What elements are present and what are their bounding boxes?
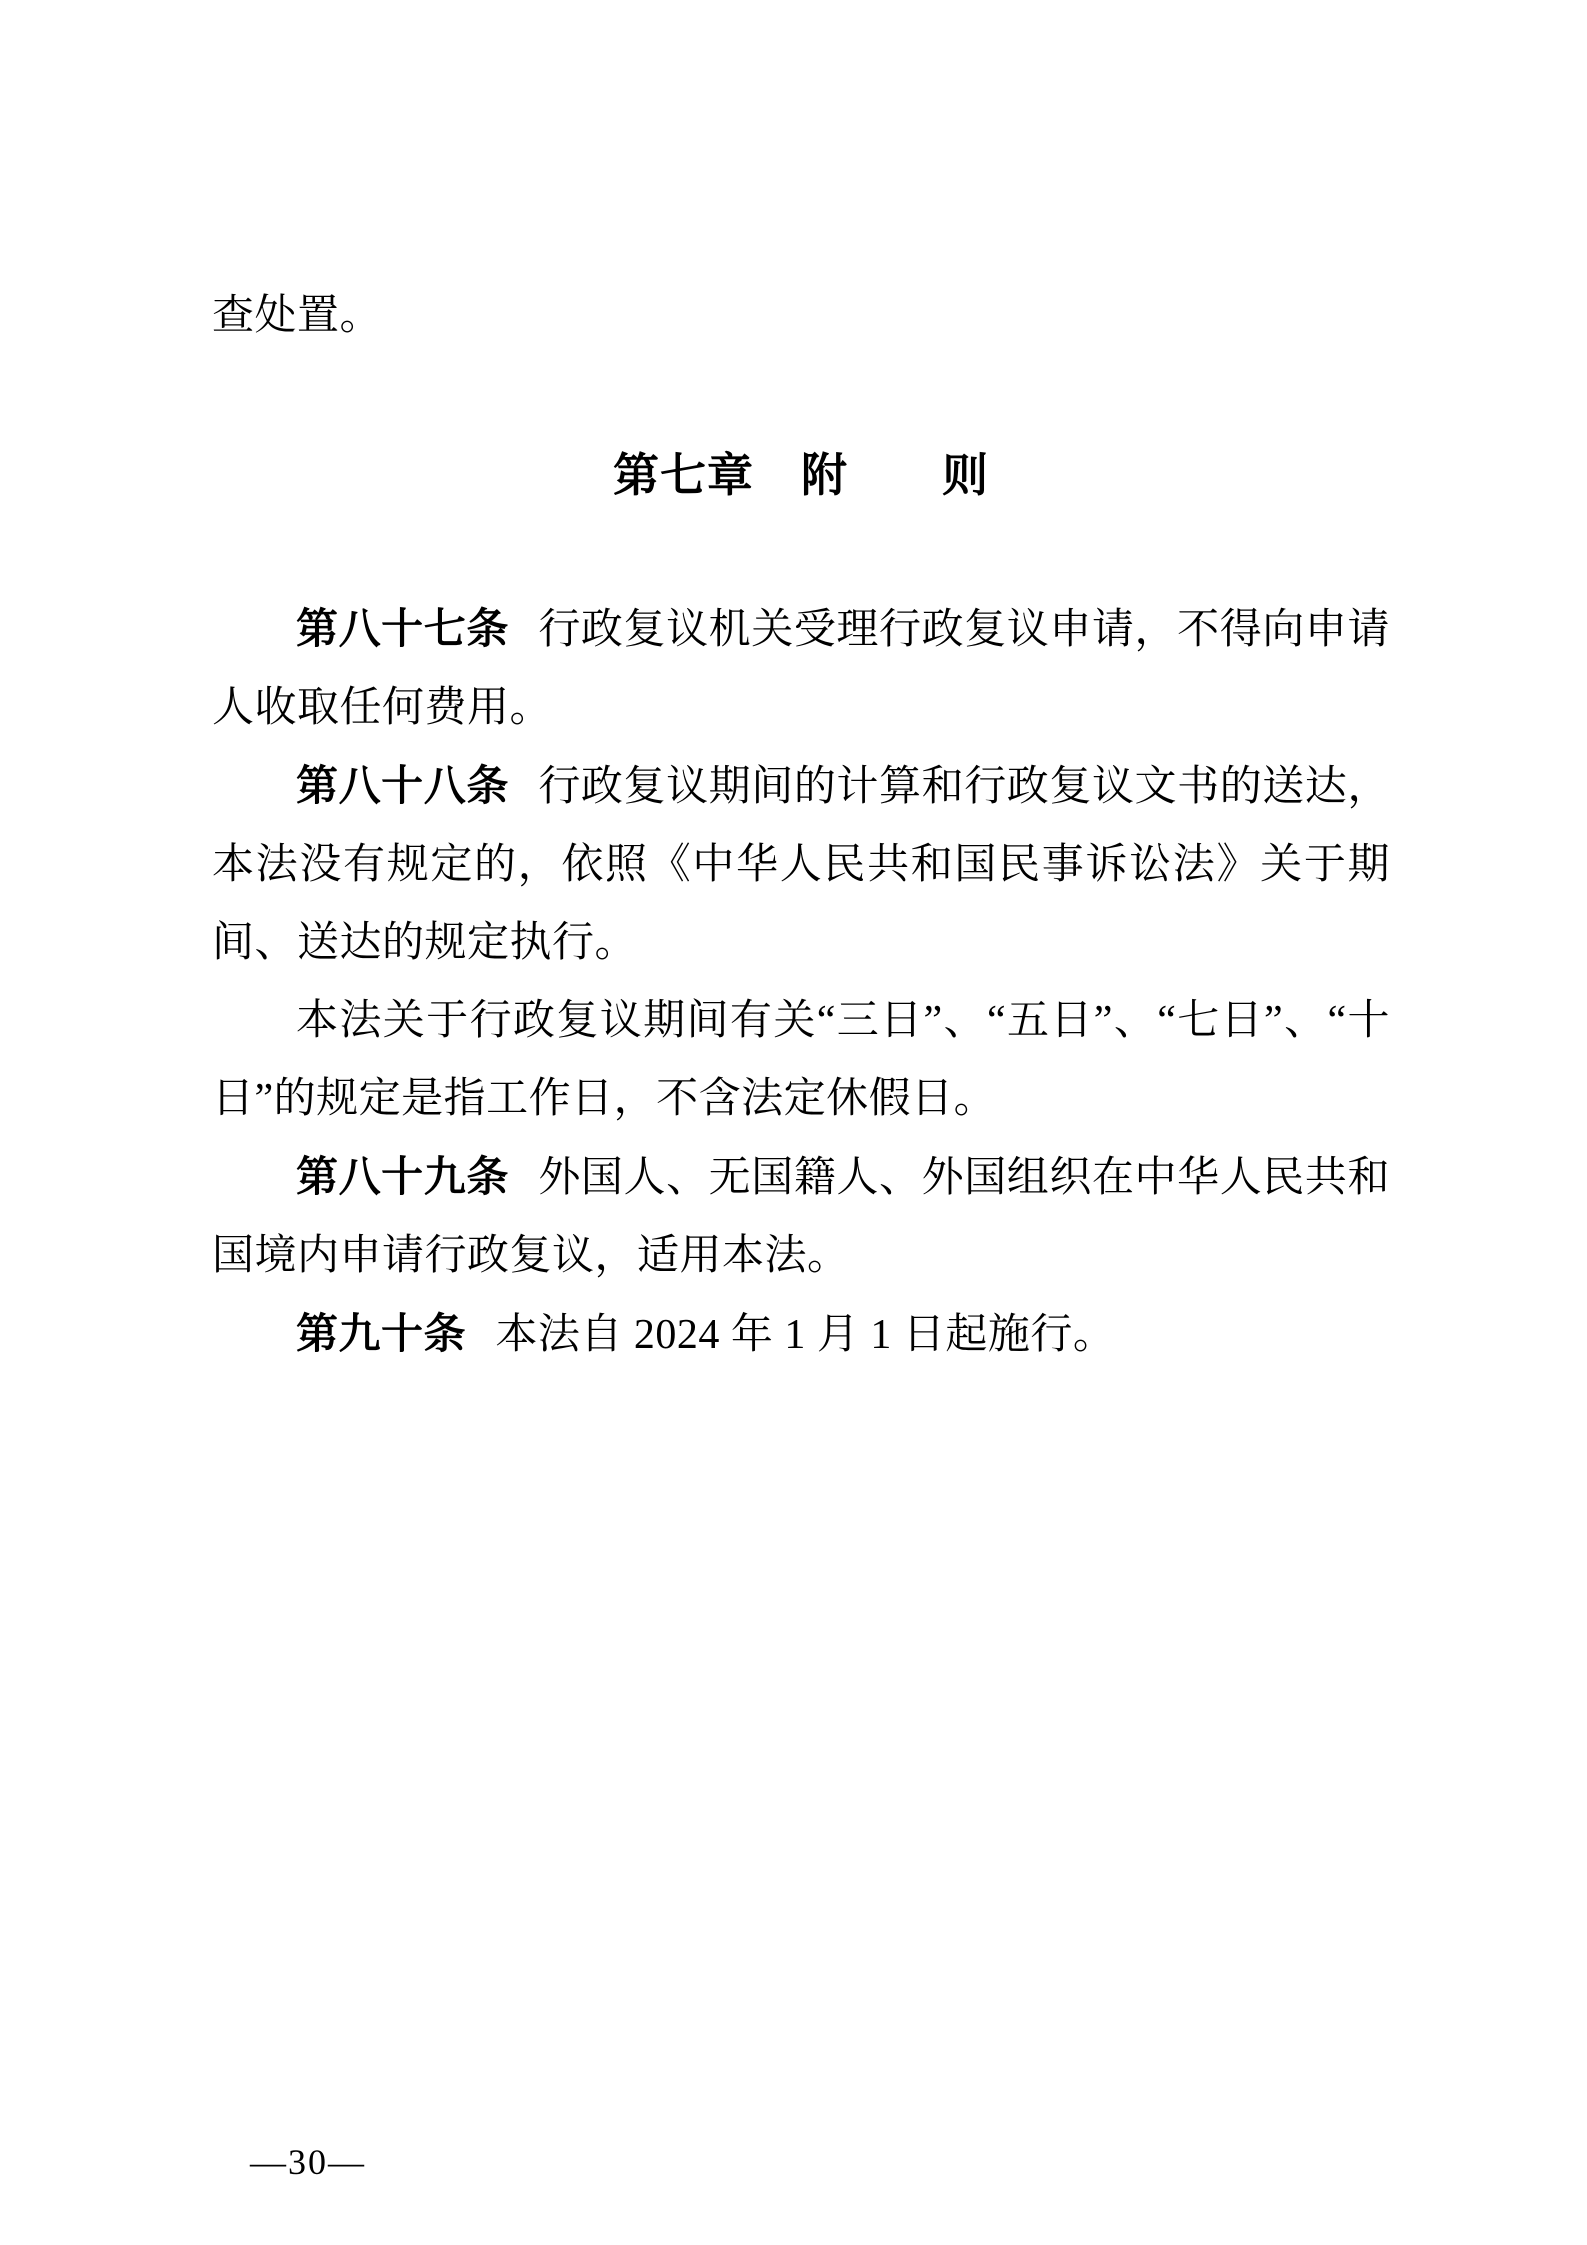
page-number: —30— [250, 2140, 366, 2184]
article-89-paragraph: 第八十九条外国人、无国籍人、外国组织在中华人民共和国境内申请行政复议，适用本法。 [212, 1138, 1390, 1295]
article-88-second-paragraph: 本法关于行政复议期间有关“三日”、“五日”、“七日”、“十日”的规定是指工作日，… [212, 982, 1390, 1138]
article-88-paragraph: 第八十八条行政复议期间的计算和行政复议文书的送达，本法没有规定的，依照《中华人民… [212, 747, 1390, 982]
article-90-number: 第九十条 [296, 1310, 466, 1357]
chapter-heading: 第七章 附 则 [212, 436, 1390, 514]
article-87-number: 第八十七条 [296, 605, 509, 652]
article-90-text: 本法自 2024 年 1 月 1 日起施行。 [495, 1312, 1115, 1358]
continuation-paragraph: 查处置。 [212, 277, 1390, 355]
article-88-number: 第八十八条 [296, 762, 509, 809]
article-90-paragraph: 第九十条本法自 2024 年 1 月 1 日起施行。 [212, 1295, 1390, 1374]
document-body: 查处置。 第七章 附 则 第八十七条行政复议机关受理行政复议申请，不得向申请人收… [212, 277, 1390, 1374]
article-88-second-text: 本法关于行政复议期间有关“三日”、“五日”、“七日”、“十日”的规定是指工作日，… [212, 998, 1390, 1122]
article-89-number: 第八十九条 [296, 1153, 509, 1200]
document-page: 查处置。 第七章 附 则 第八十七条行政复议机关受理行政复议申请，不得向申请人收… [0, 0, 1587, 2245]
article-87-paragraph: 第八十七条行政复议机关受理行政复议申请，不得向申请人收取任何费用。 [212, 590, 1390, 747]
continuation-text: 查处置。 [212, 293, 382, 339]
